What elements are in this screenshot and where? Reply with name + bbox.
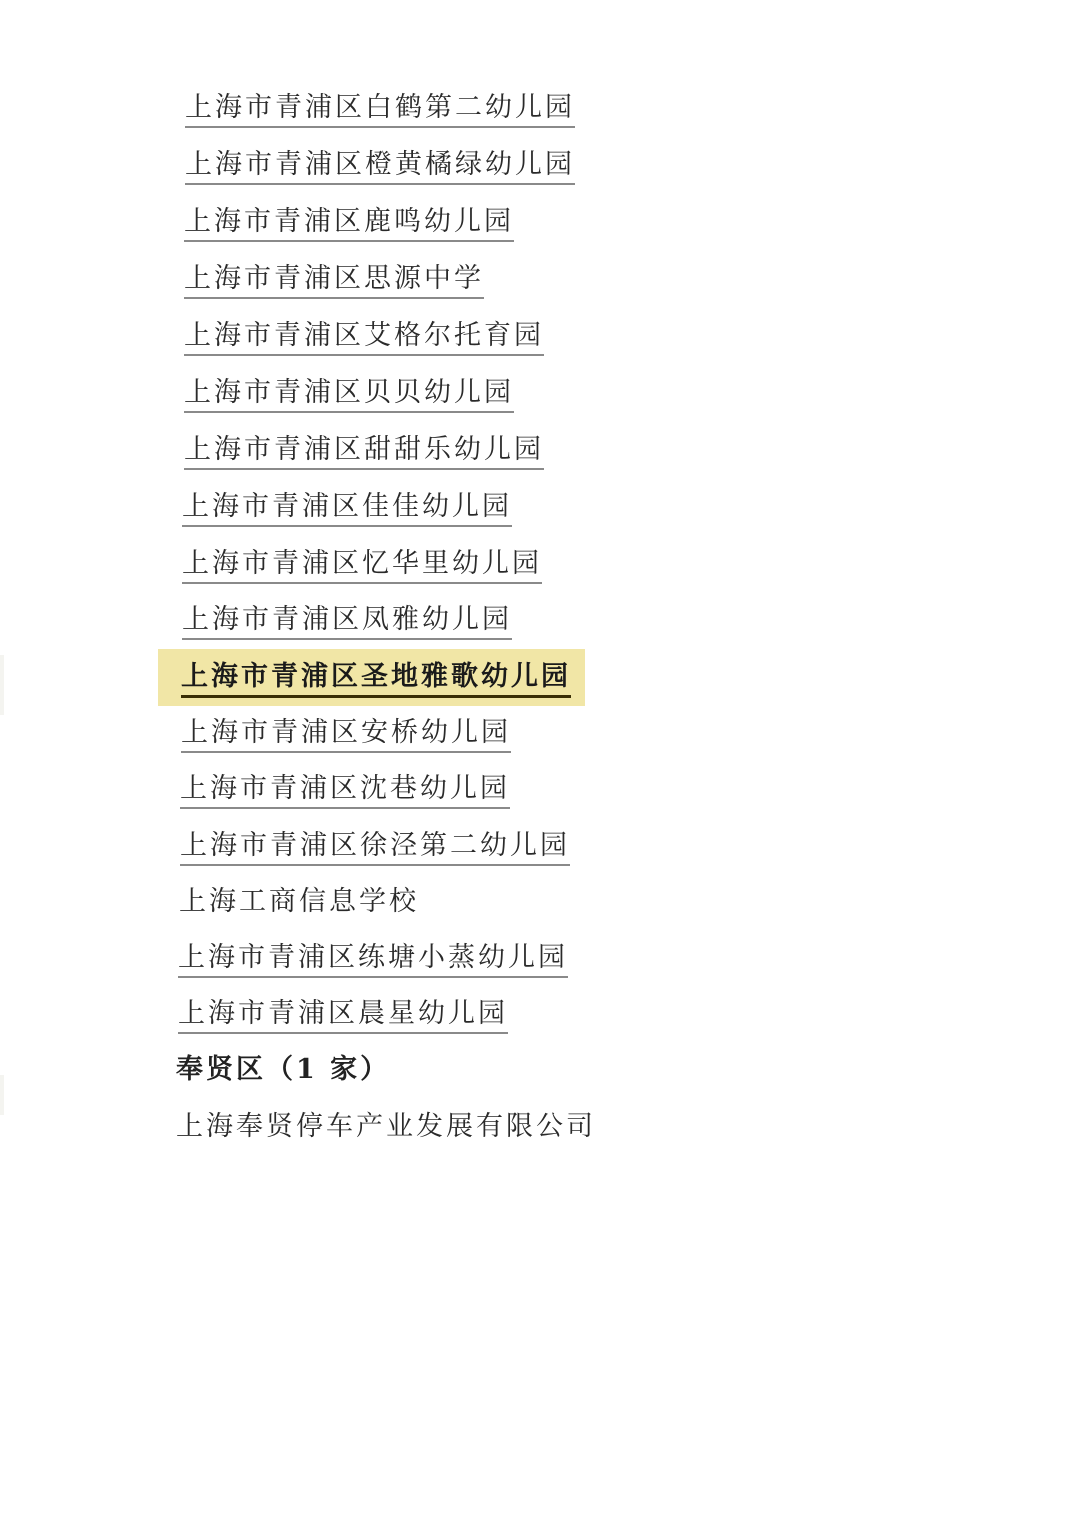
section-heading-fengxian: 奉贤区（1 家） xyxy=(176,1050,390,1090)
list-item[interactable]: 上海市青浦区甜甜乐幼儿园 xyxy=(184,430,544,470)
list-item-label[interactable]: 上海市青浦区沈巷幼儿园 xyxy=(180,771,510,809)
list-item-label[interactable]: 上海市青浦区贝贝幼儿园 xyxy=(184,375,514,413)
list-item-label[interactable]: 上海市青浦区白鹤第二幼儿园 xyxy=(185,90,575,128)
list-item[interactable]: 上海市青浦区徐泾第二幼儿园 xyxy=(180,826,570,866)
list-item-label[interactable]: 上海市青浦区思源中学 xyxy=(184,261,484,299)
list-item-label: 上海工商信息学校 xyxy=(179,882,419,922)
list-item[interactable]: 上海市青浦区贝贝幼儿园 xyxy=(184,373,514,413)
list-item-label[interactable]: 上海市青浦区甜甜乐幼儿园 xyxy=(184,432,544,470)
section-heading-label: 奉贤区（1 家） xyxy=(176,1050,390,1090)
list-item[interactable]: 上海市青浦区忆华里幼儿园 xyxy=(182,544,542,584)
list-item[interactable]: 上海市青浦区练塘小蒸幼儿园 xyxy=(178,938,568,978)
list-item-label[interactable]: 上海市青浦区橙黄橘绿幼儿园 xyxy=(185,147,575,185)
list-item-label[interactable]: 上海市青浦区凤雅幼儿园 xyxy=(182,602,512,640)
list-item-label[interactable]: 上海市青浦区艾格尔托育园 xyxy=(184,318,544,356)
list-item: 上海奉贤停车产业发展有限公司 xyxy=(176,1107,596,1147)
list-item-highlighted[interactable]: 上海市青浦区圣地雅歌幼儿园 xyxy=(181,657,571,697)
scan-edge-mark xyxy=(0,1075,4,1115)
list-item: 上海工商信息学校 xyxy=(179,882,419,922)
list-item-label[interactable]: 上海市青浦区练塘小蒸幼儿园 xyxy=(178,940,568,978)
list-item-label[interactable]: 上海市青浦区佳佳幼儿园 xyxy=(182,489,512,527)
list-item[interactable]: 上海市青浦区佳佳幼儿园 xyxy=(182,487,512,527)
list-item[interactable]: 上海市青浦区橙黄橘绿幼儿园 xyxy=(185,145,575,185)
list-item[interactable]: 上海市青浦区白鹤第二幼儿园 xyxy=(185,88,575,128)
scan-edge-mark xyxy=(0,655,4,715)
list-item[interactable]: 上海市青浦区鹿鸣幼儿园 xyxy=(184,202,514,242)
list-item[interactable]: 上海市青浦区思源中学 xyxy=(184,259,484,299)
list-item-label: 上海奉贤停车产业发展有限公司 xyxy=(176,1107,596,1147)
list-item[interactable]: 上海市青浦区艾格尔托育园 xyxy=(184,316,544,356)
document-page: 上海市青浦区白鹤第二幼儿园 上海市青浦区橙黄橘绿幼儿园 上海市青浦区鹿鸣幼儿园 … xyxy=(0,0,1080,1525)
list-item-label[interactable]: 上海市青浦区圣地雅歌幼儿园 xyxy=(181,659,571,698)
list-item[interactable]: 上海市青浦区凤雅幼儿园 xyxy=(182,600,512,640)
list-item[interactable]: 上海市青浦区安桥幼儿园 xyxy=(181,713,511,753)
list-item-label[interactable]: 上海市青浦区晨星幼儿园 xyxy=(178,996,508,1034)
list-item[interactable]: 上海市青浦区晨星幼儿园 xyxy=(178,994,508,1034)
list-item[interactable]: 上海市青浦区沈巷幼儿园 xyxy=(180,769,510,809)
list-item-label[interactable]: 上海市青浦区徐泾第二幼儿园 xyxy=(180,828,570,866)
list-item-label[interactable]: 上海市青浦区忆华里幼儿园 xyxy=(182,546,542,584)
list-item-label[interactable]: 上海市青浦区鹿鸣幼儿园 xyxy=(184,204,514,242)
list-item-label[interactable]: 上海市青浦区安桥幼儿园 xyxy=(181,715,511,753)
